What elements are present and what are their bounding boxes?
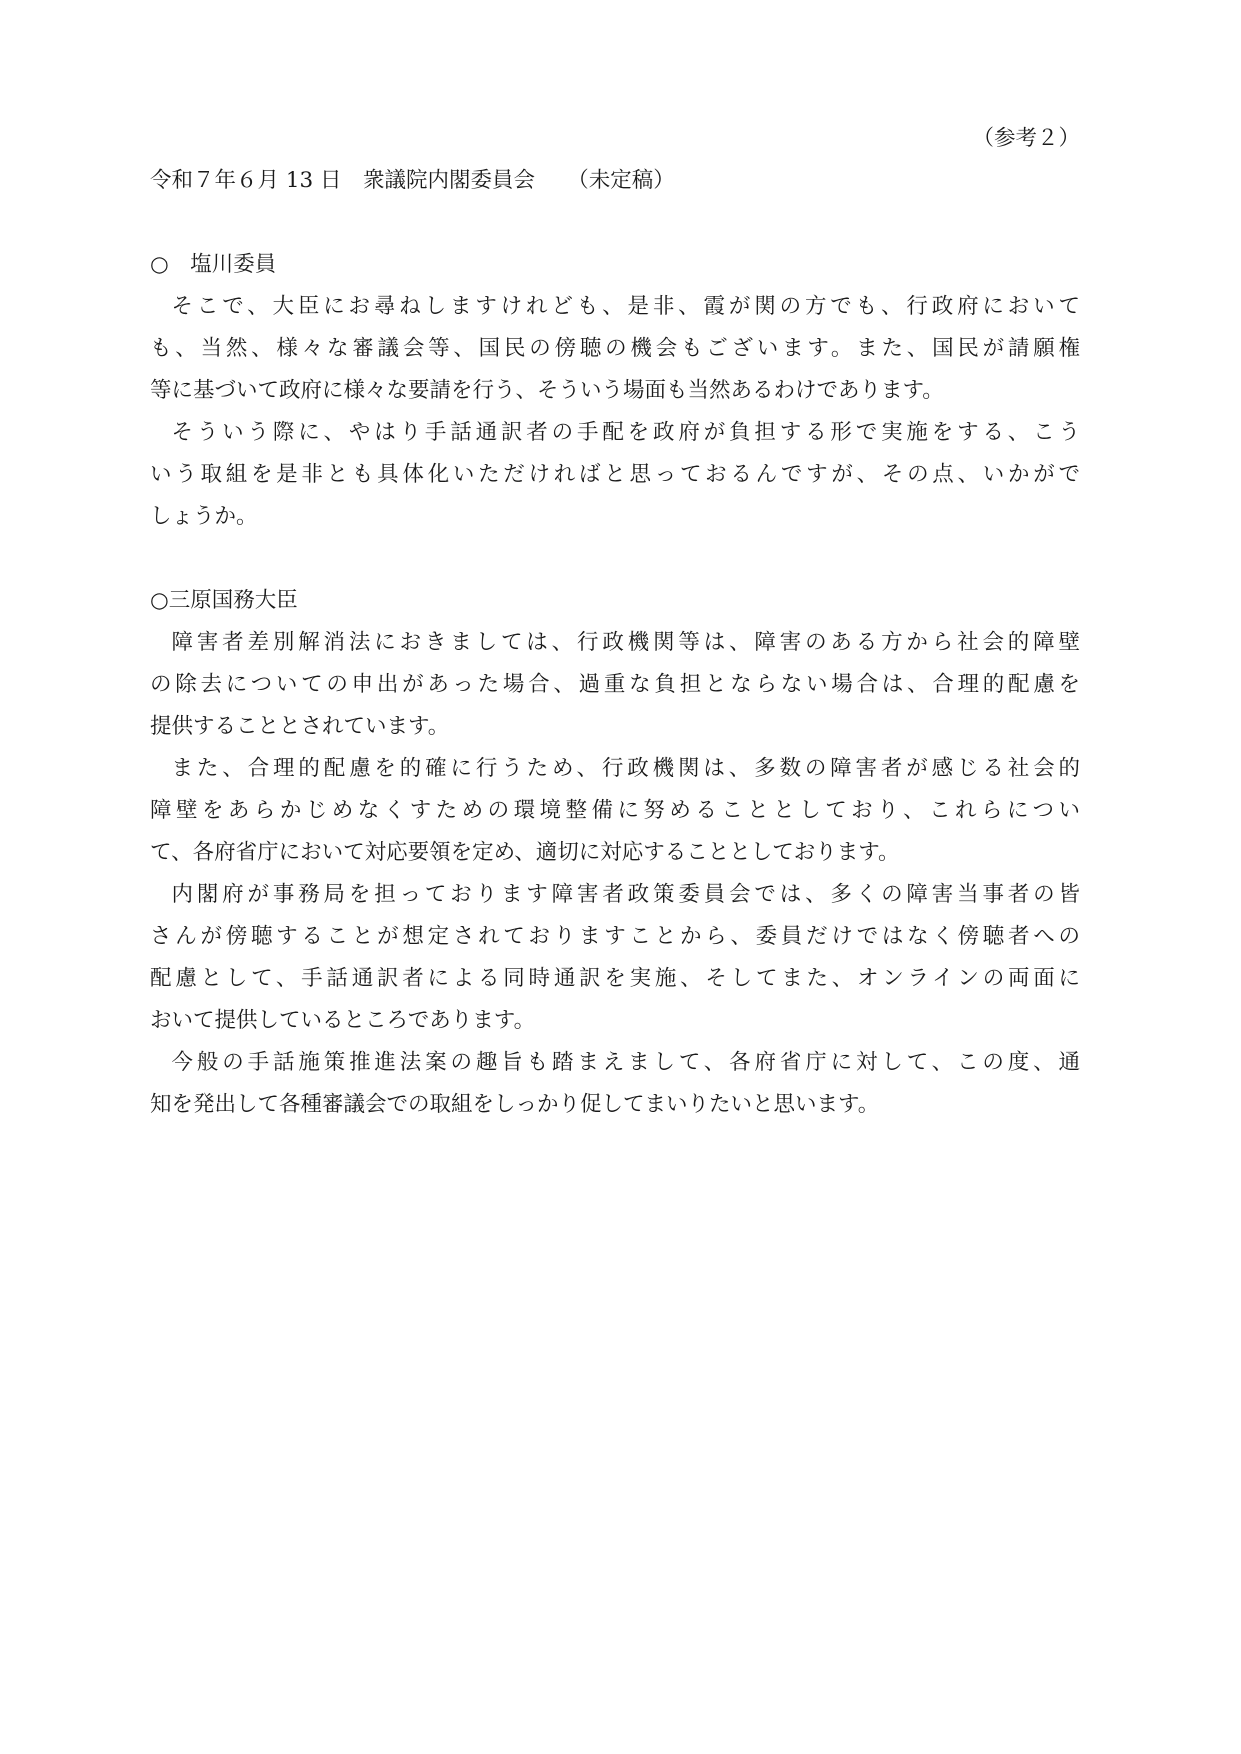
text-line: も、当然、様々な審議会等、国民の傍聴の機会もございます。また、国民が請願権 (150, 328, 1080, 370)
text-line: しょうか。 (150, 496, 1080, 538)
meeting-header: 令和７年６月 13 日 衆議院内閣委員会 （未定稿） (150, 160, 1080, 202)
text-line: そこで、大臣にお尋ねしますけれども、是非、霞が関の方でも、行政府において (150, 286, 1080, 328)
section-answer: ○三原国務大臣 障害者差別解消法におきましては、行政機関等は、障害のある方から社… (150, 580, 1080, 1126)
paragraph: そういう際に、やはり手話通訳者の手配を政府が負担する形で実施をする、こう いう取… (150, 412, 1080, 538)
text-line: いう取組を是非とも具体化いただければと思っておるんですが、その点、いかがで (150, 454, 1080, 496)
paragraph: 内閣府が事務局を担っております障害者政策委員会では、多くの障害当事者の皆 さんが… (150, 874, 1080, 1042)
section-question: ○ 塩川委員 そこで、大臣にお尋ねしますけれども、是非、霞が関の方でも、行政府に… (150, 244, 1080, 538)
document-page: （参考２） 令和７年６月 13 日 衆議院内閣委員会 （未定稿） ○ 塩川委員 … (150, 118, 1080, 1126)
text-line: また、合理的配慮を的確に行うため、行政機関は、多数の障害者が感じる社会的 (150, 748, 1080, 790)
speaker-name: ○ 塩川委員 (150, 244, 1080, 286)
speaker-name: ○三原国務大臣 (150, 580, 1080, 622)
text-line: て、各府省庁において対応要領を定め、適切に対応することとしております。 (150, 832, 1080, 874)
text-line: 知を発出して各種審議会での取組をしっかり促してまいりたいと思います。 (150, 1084, 1080, 1126)
text-line: さんが傍聴することが想定されておりますことから、委員だけではなく傍聴者への (150, 916, 1080, 958)
text-line: 障壁をあらかじめなくすための環境整備に努めることとしており、これらについ (150, 790, 1080, 832)
spacer (150, 538, 1080, 580)
paragraph: 障害者差別解消法におきましては、行政機関等は、障害のある方から社会的障壁 の除去… (150, 622, 1080, 748)
text-line: 等に基づいて政府に様々な要請を行う、そういう場面も当然あるわけであります。 (150, 370, 1080, 412)
paragraph: 今般の手話施策推進法案の趣旨も踏まえまして、各府省庁に対して、この度、通 知を発… (150, 1042, 1080, 1126)
reference-label: （参考２） (150, 118, 1080, 160)
text-line: 障害者差別解消法におきましては、行政機関等は、障害のある方から社会的障壁 (150, 622, 1080, 664)
paragraph: また、合理的配慮を的確に行うため、行政機関は、多数の障害者が感じる社会的 障壁を… (150, 748, 1080, 874)
text-line: 内閣府が事務局を担っております障害者政策委員会では、多くの障害当事者の皆 (150, 874, 1080, 916)
paragraph: そこで、大臣にお尋ねしますけれども、是非、霞が関の方でも、行政府において も、当… (150, 286, 1080, 412)
text-line: おいて提供しているところであります。 (150, 1000, 1080, 1042)
text-line: そういう際に、やはり手話通訳者の手配を政府が負担する形で実施をする、こう (150, 412, 1080, 454)
text-line: 今般の手話施策推進法案の趣旨も踏まえまして、各府省庁に対して、この度、通 (150, 1042, 1080, 1084)
text-line: の除去についての申出があった場合、過重な負担とならない場合は、合理的配慮を (150, 664, 1080, 706)
text-line: 提供することとされています。 (150, 706, 1080, 748)
text-line: 配慮として、手話通訳者による同時通訳を実施、そしてまた、オンラインの両面に (150, 958, 1080, 1000)
spacer (150, 202, 1080, 244)
